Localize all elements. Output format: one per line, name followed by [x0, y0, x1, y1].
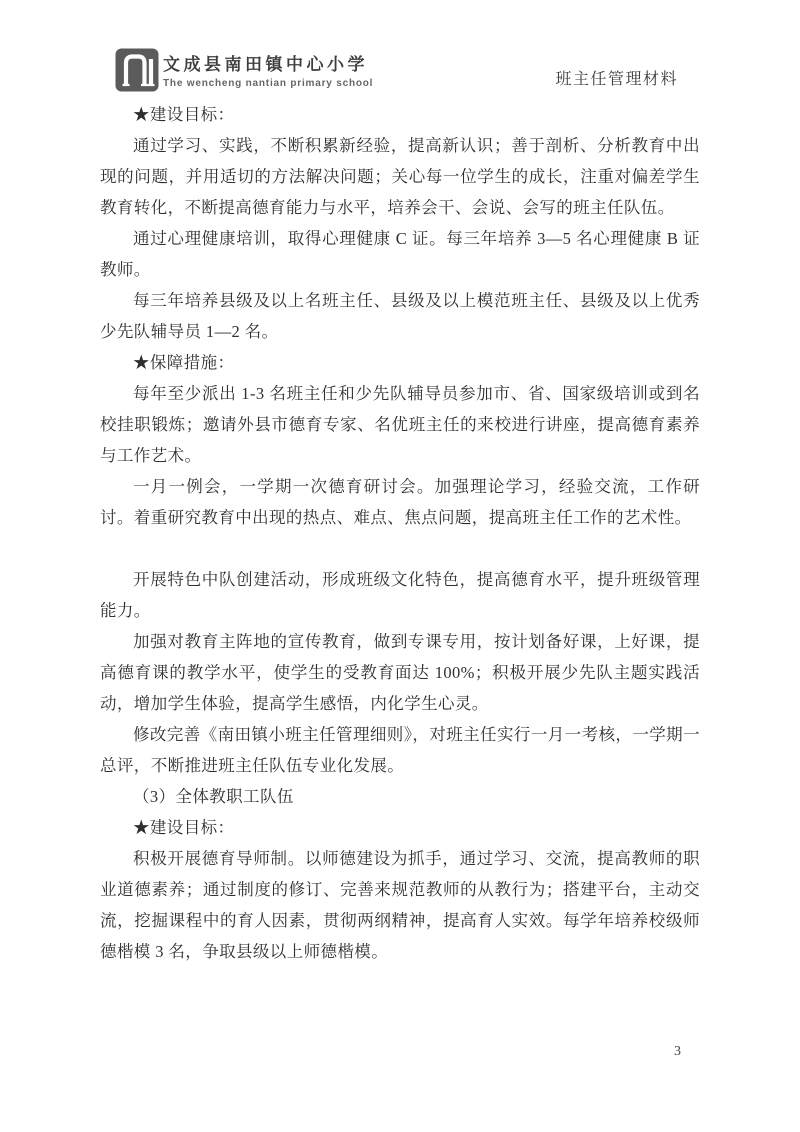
document-label: 班主任管理材料 — [555, 66, 678, 89]
document-header: 文成县南田镇中心小学 The wencheng nantian primary … — [0, 0, 800, 98]
document-page: 文成县南田镇中心小学 The wencheng nantian primary … — [0, 0, 800, 1132]
paragraph: 加强对教育主阵地的宣传教育，做到专课专用，按计划备好课，上好课，提高德育课的教学… — [100, 626, 700, 719]
paragraph: ★保障措施： — [100, 347, 700, 378]
blank-line — [100, 533, 700, 564]
paragraph: ★建设目标： — [100, 99, 700, 130]
school-name-block: 文成县南田镇中心小学 The wencheng nantian primary … — [163, 50, 373, 89]
paragraph: 通过心理健康培训，取得心理健康 C 证。每三年培养 3—5 名心理健康 B 证教… — [100, 223, 700, 285]
paragraph: 一月一例会，一学期一次德育研讨会。加强理论学习，经验交流，工作研讨。着重研究教育… — [100, 471, 700, 533]
school-arch-icon — [115, 48, 159, 92]
page-number: 3 — [674, 1044, 681, 1060]
school-name-english: The wencheng nantian primary school — [163, 78, 373, 89]
paragraph: ★建设目标： — [100, 812, 700, 843]
paragraph: 通过学习、实践，不断积累新经验，提高新认识；善于剖析、分析教育中出现的问题，并用… — [100, 130, 700, 223]
paragraph: （3）全体教职工队伍 — [100, 781, 700, 812]
paragraph: 修改完善《南田镇小班主任管理细则》，对班主任实行一月一考核，一学期一总评，不断推… — [100, 719, 700, 781]
paragraph: 每三年培养县级及以上名班主任、县级及以上模范班主任、县级及以上优秀少先队辅导员 … — [100, 285, 700, 347]
paragraph: 积极开展德育导师制。以师德建设为抓手，通过学习、交流，提高教师的职业道德素养；通… — [100, 843, 700, 967]
school-logo — [115, 48, 159, 92]
paragraph: 每年至少派出 1-3 名班主任和少先队辅导员参加市、省、国家级培训或到名校挂职锻… — [100, 378, 700, 471]
school-name: 文成县南田镇中心小学 — [163, 50, 373, 75]
paragraph: 开展特色中队创建活动，形成班级文化特色，提高德育水平，提升班级管理能力。 — [100, 564, 700, 626]
document-body: ★建设目标：通过学习、实践，不断积累新经验，提高新认识；善于剖析、分析教育中出现… — [100, 99, 700, 967]
